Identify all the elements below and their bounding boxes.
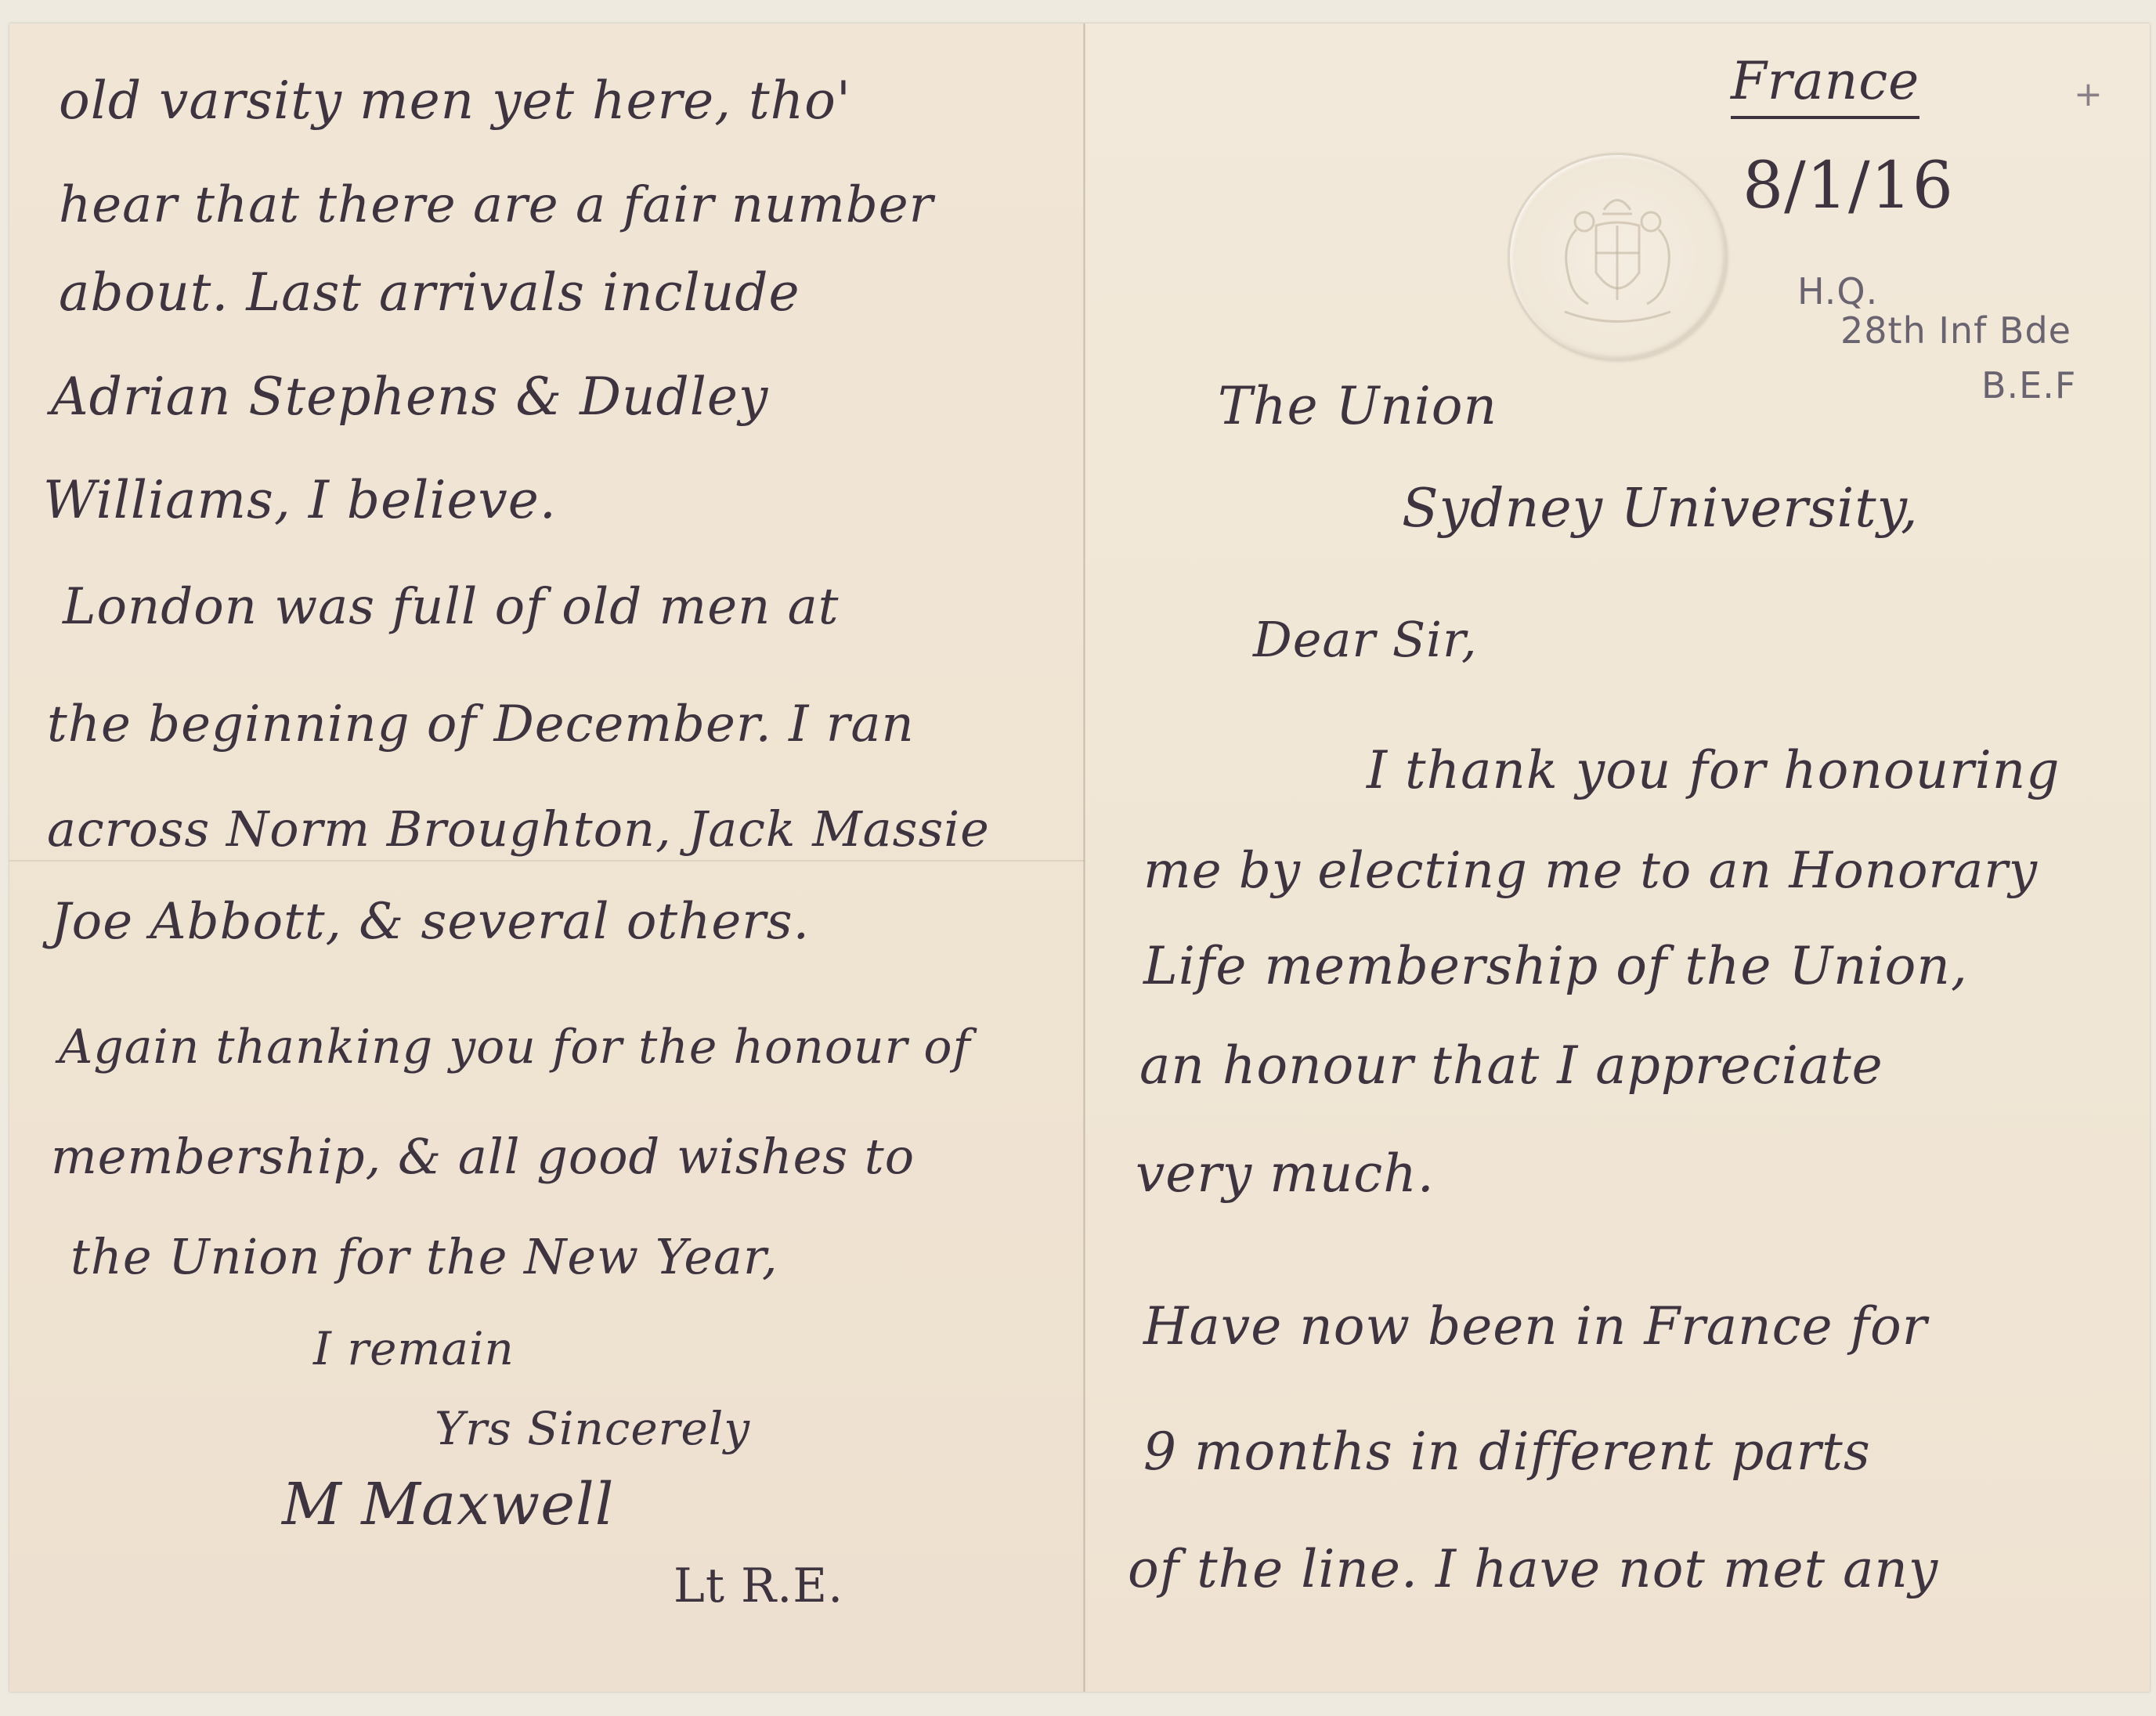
- letter-line: Adrian Stephens & Dudley: [51, 367, 768, 427]
- pencil-note-brigade: 28th Inf Bde: [1840, 309, 2071, 352]
- address-line: Sydney University,: [1402, 478, 1919, 540]
- letter-line: Again thanking you for the honour of: [59, 1020, 971, 1075]
- letter-line: very much.: [1136, 1143, 1435, 1204]
- embossed-seal-icon: [1508, 153, 1728, 361]
- corner-cross-mark: +: [2074, 74, 2103, 114]
- horizontal-crease: [9, 860, 1085, 862]
- letter-line: Have now been in France for: [1143, 1296, 1927, 1357]
- letter-line: old varsity men yet here, tho': [59, 70, 851, 131]
- letter-line: Joe Abbott, & several others.: [51, 893, 810, 951]
- letter-line: membership, & all good wishes to: [51, 1128, 915, 1185]
- pencil-note-hq: H.Q.: [1797, 270, 1878, 312]
- closing-line: I remain: [313, 1322, 515, 1375]
- letter-line: 9 months in different parts: [1143, 1422, 1871, 1482]
- closing-line: Yrs Sincerely: [435, 1402, 750, 1455]
- letter-line: the Union for the New Year,: [70, 1228, 778, 1285]
- letter-line: about. Last arrivals include: [59, 262, 800, 323]
- letter-date: 8/1/16: [1742, 149, 1954, 223]
- place-heading: France: [1731, 51, 1919, 119]
- signature: M Maxwell: [282, 1471, 614, 1538]
- letter-line: I thank you for honouring: [1367, 740, 2060, 800]
- letter-line: hear that there are a fair number: [59, 176, 934, 234]
- salutation: Dear Sir,: [1253, 611, 1478, 668]
- letter-line: across Norm Broughton, Jack Massie: [47, 800, 990, 858]
- center-fold: [1083, 23, 1085, 1692]
- letter-line: Life membership of the Union,: [1143, 936, 1968, 996]
- letter-line: me by electing me to an Honorary: [1143, 842, 2038, 900]
- letter-line: the beginning of December. I ran: [47, 695, 915, 753]
- letter-line: London was full of old men at: [63, 578, 840, 636]
- letter-line: of the line. I have not met any: [1128, 1539, 1938, 1599]
- signature-rank: Lt R.E.: [674, 1559, 843, 1613]
- letter-line: an honour that I appreciate: [1139, 1035, 1883, 1096]
- address-line: The Union: [1218, 376, 1497, 436]
- pencil-note-bef: B.E.F: [1981, 364, 2076, 406]
- letter-line: Williams, I believe.: [43, 470, 557, 530]
